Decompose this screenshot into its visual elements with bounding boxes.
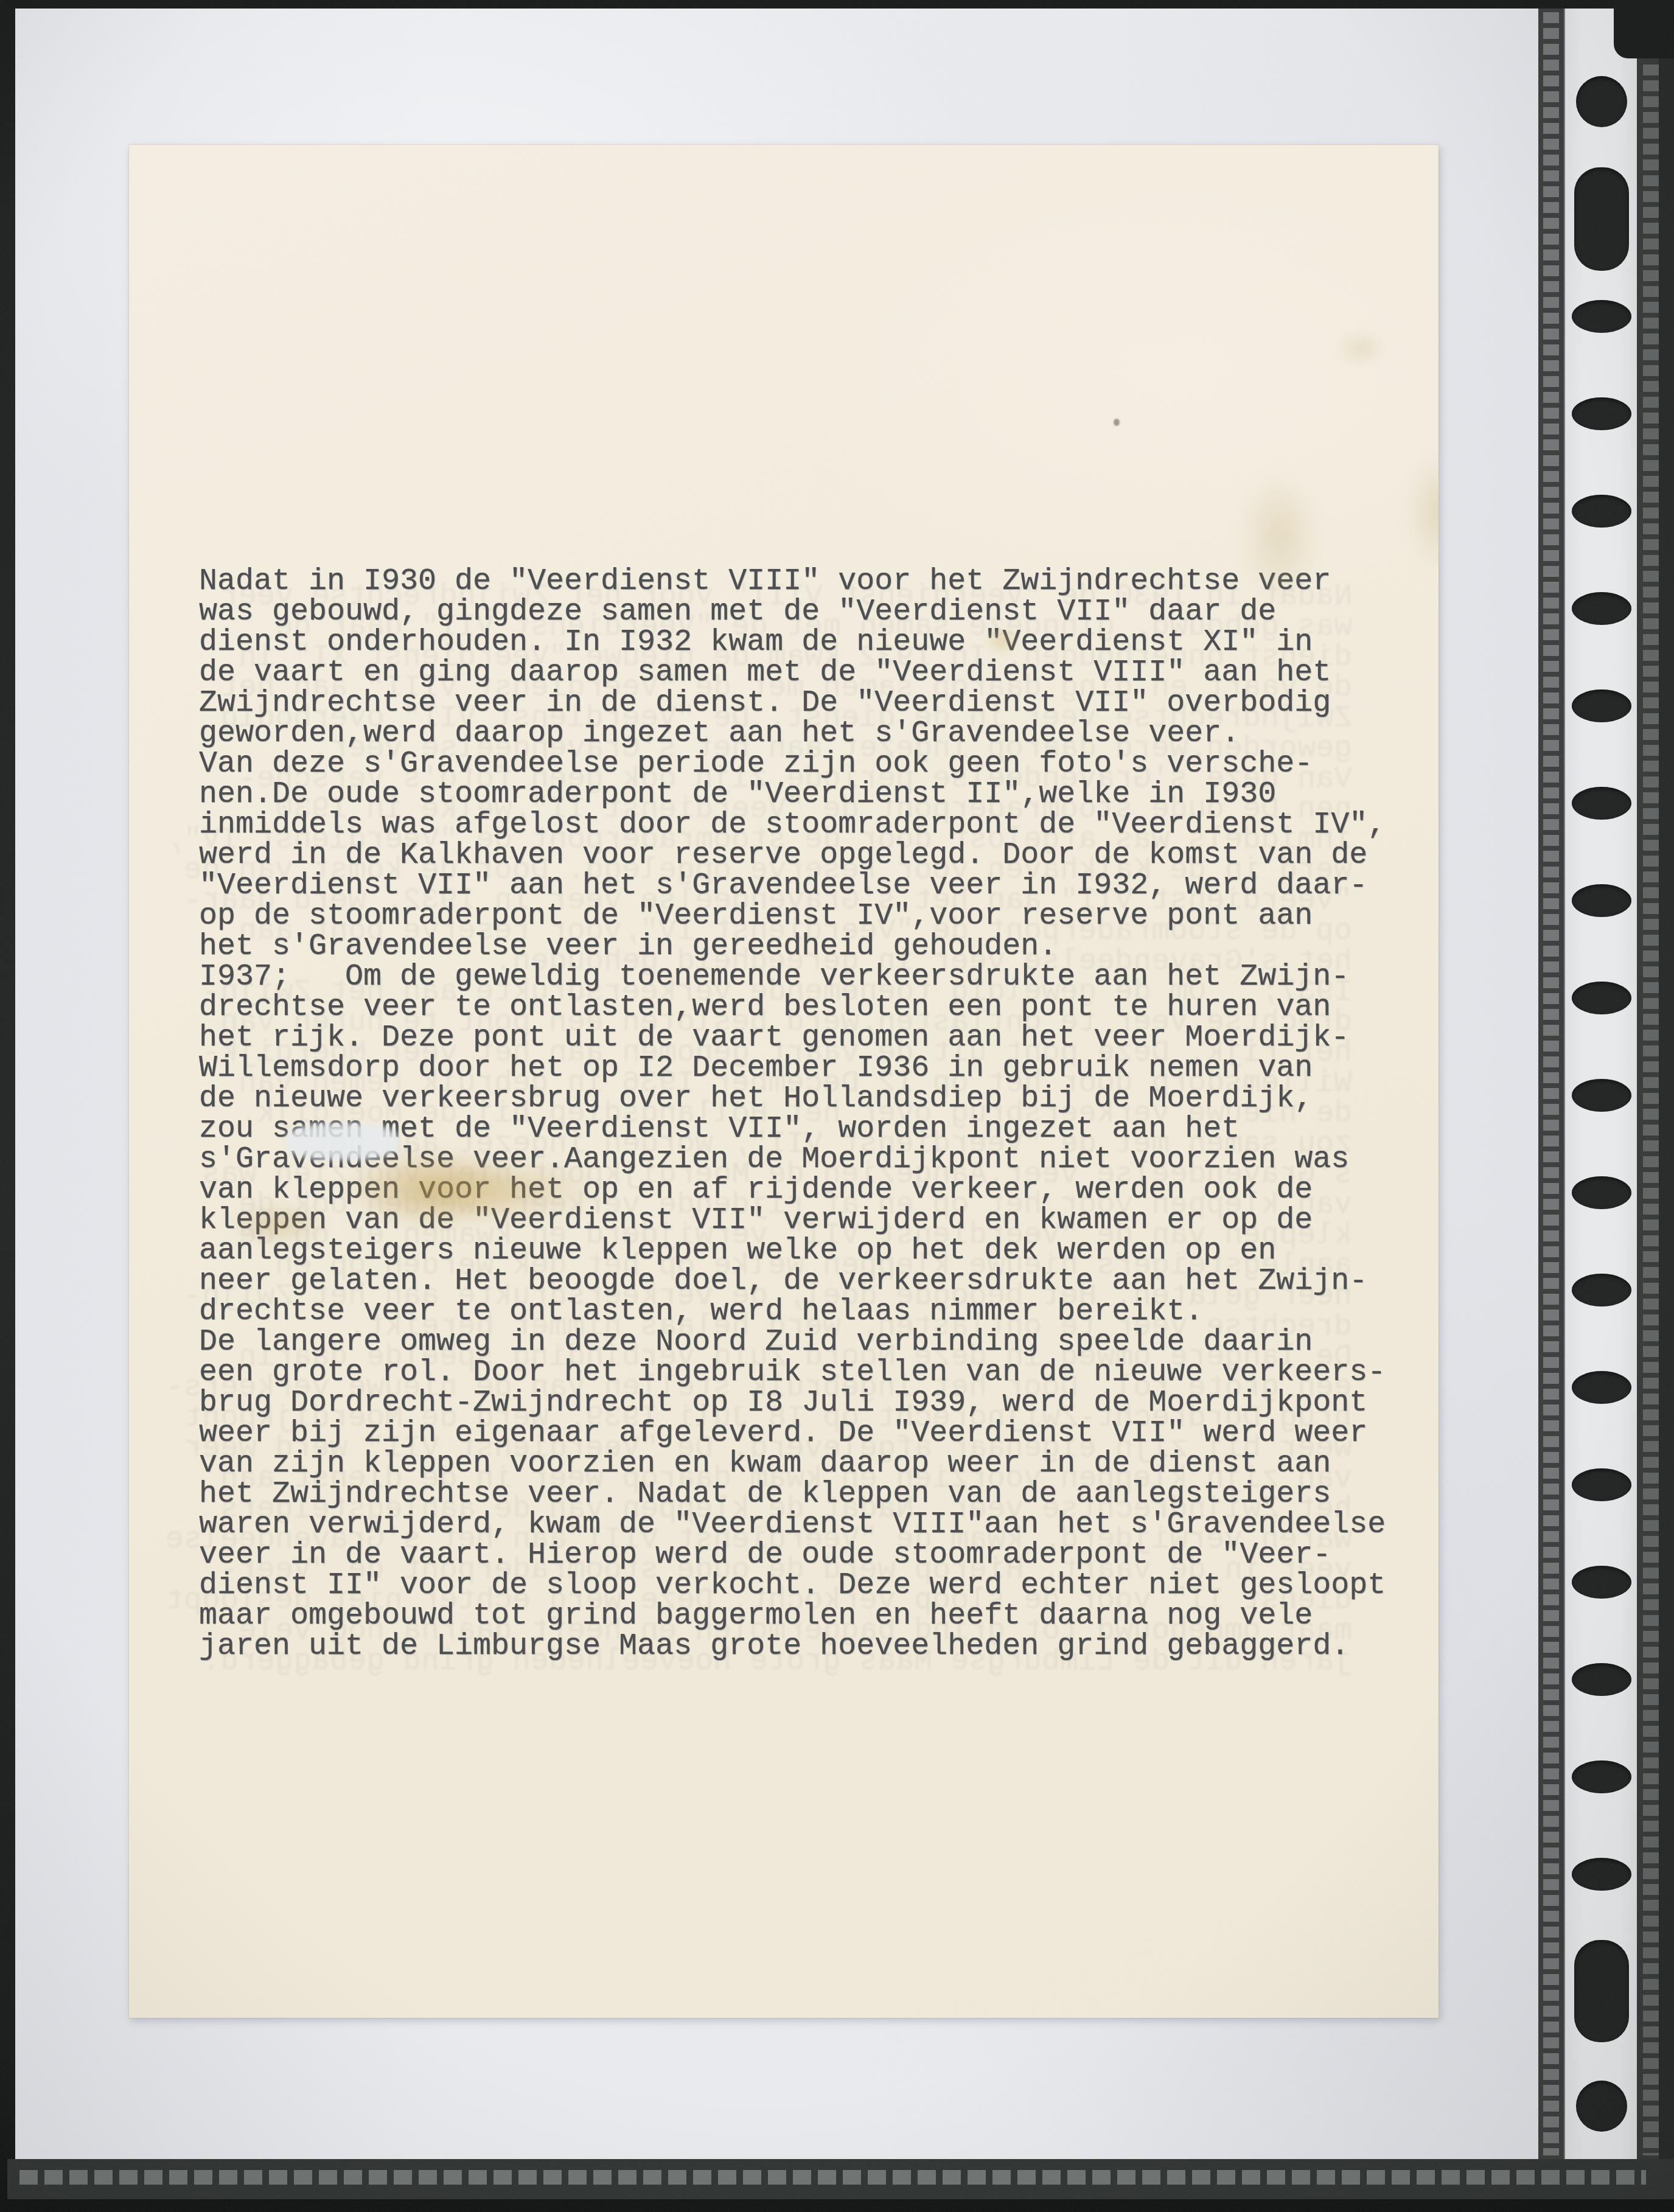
binder-hole [1572,495,1631,528]
binder-hole [1572,884,1631,917]
binder-hole [1572,787,1631,820]
binder-hole [1572,1079,1631,1112]
binder-hole [1574,1940,1629,2042]
sleeve-seam-inner [1538,9,1564,2159]
binder-hole [1572,300,1631,333]
plastic-sleeve: Nadat in I930 de "Veerdienst VIII" voor … [15,9,1540,2160]
binder-hole [1572,592,1631,625]
binder-hole [1572,1858,1631,1891]
binder-hole [1572,1176,1631,1209]
paper-stain [1337,330,1386,366]
sleeve-bottom-seam [7,2159,1674,2199]
binder-hole [1572,1663,1631,1696]
binder-hole [1572,1371,1631,1404]
binder-hole [1572,982,1631,1014]
scanned-album-page: Nadat in I930 de "Veerdienst VIII" voor … [0,0,1674,2212]
binder-hole-strip [1564,9,1639,2159]
binder-hole [1572,1760,1631,1793]
binder-hole [1572,1274,1631,1307]
binder-hole [1572,397,1631,430]
typed-text: Nadat in I930 de "Veerdienst VIII" voor … [199,567,1386,1662]
binder-hole [1574,167,1629,271]
binder-hole [1572,689,1631,722]
paper-speck [1114,419,1120,426]
binder-hole [1576,2081,1627,2132]
sleeve-corner-notch [1614,0,1674,58]
paper-stain [1407,454,1439,570]
binder-hole [1576,76,1627,127]
binder-hole [1572,1566,1631,1599]
typed-document-page: Nadat in I930 de "Veerdienst VIII" voor … [129,145,1439,2018]
sleeve-seam-outer [1637,9,1674,2159]
binder-hole [1572,1468,1631,1501]
